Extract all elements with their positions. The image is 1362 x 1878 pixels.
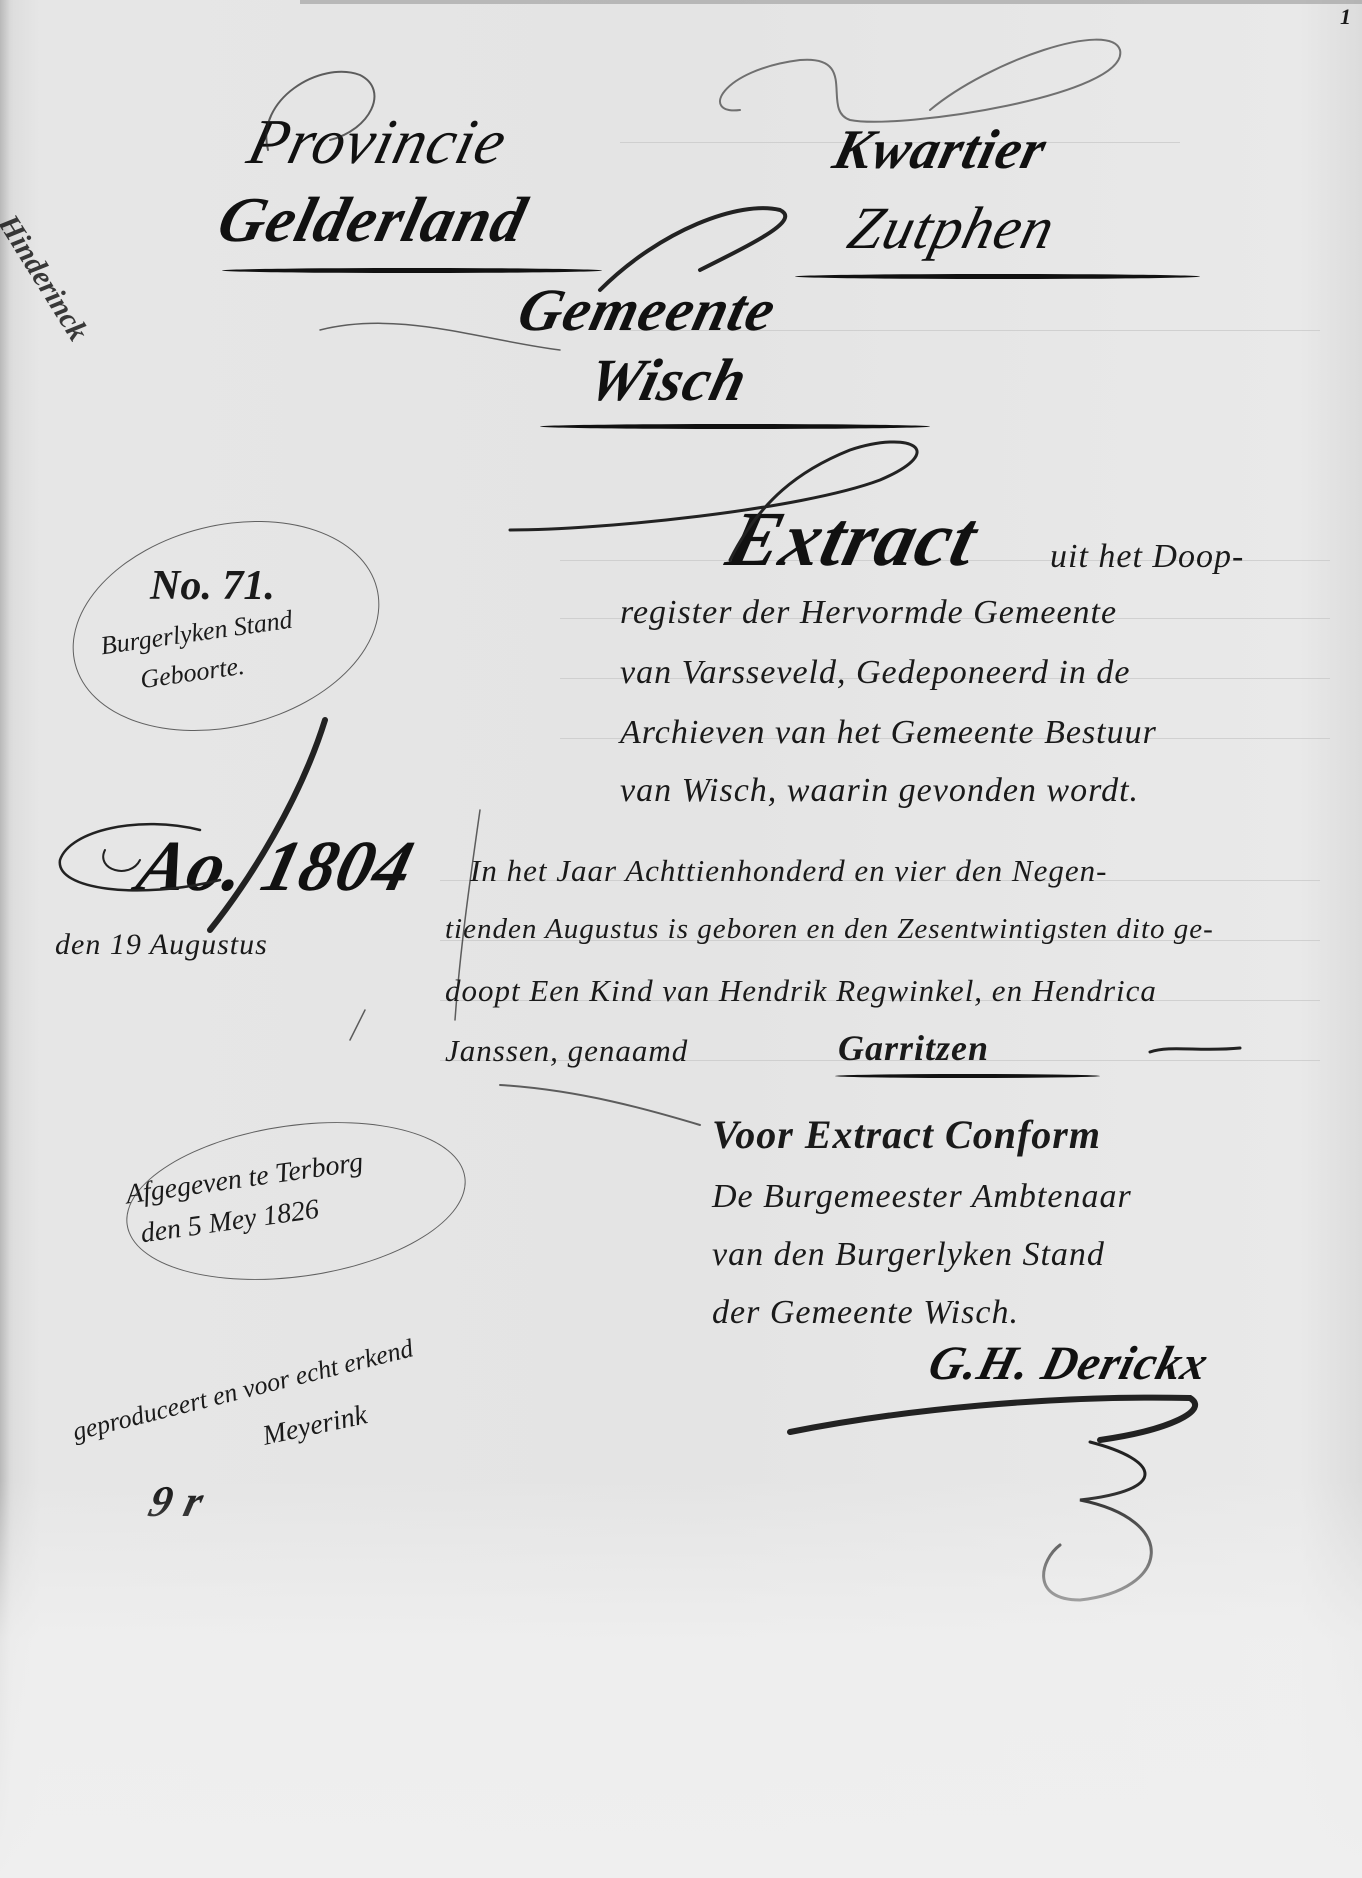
extract-heading: Extract (720, 500, 985, 578)
margin-annotation: Hinderinck (0, 210, 93, 346)
produced-signature: Meyerink (260, 1401, 369, 1450)
official-signature: G.H. Derickx (924, 1340, 1213, 1388)
record-line-1: In het Jaar Achttienhonderd en vier den … (470, 855, 1107, 886)
child-name-underline (835, 1074, 1100, 1078)
certification-line-2: De Burgemeester Ambtenaar (712, 1180, 1132, 1214)
record-line-3: doopt Een Kind van Hendrik Regwinkel, en… (445, 975, 1157, 1006)
certification-line-4: der Gemeente Wisch. (712, 1296, 1019, 1330)
municipality-name: Wisch (583, 350, 754, 410)
page-binding-edge (0, 0, 10, 1878)
page-marker: 1 (1340, 6, 1351, 28)
child-name: Garritzen (838, 1030, 989, 1066)
quarter-label: Kwartier (828, 122, 1052, 178)
title-line-5: van Wisch, waarin gevonden wordt. (620, 774, 1139, 808)
record-line-4: Janssen, genaamd (445, 1035, 688, 1066)
province-name: Gelderland (212, 188, 533, 252)
record-line-2: tienden Augustus is geboren en den Zesen… (445, 915, 1214, 944)
title-line-4: Archieven van het Gemeente Bestuur (620, 716, 1157, 750)
municipality-underline (540, 424, 930, 429)
anno-year: Ao. 1804 (131, 830, 421, 902)
certification-line-1: Voor Extract Conform (712, 1115, 1101, 1155)
registry-number: No. 71. (150, 565, 275, 607)
quarter-name: Zutphen (843, 198, 1062, 258)
title-line-2: register der Hervormde Gemeente (620, 596, 1117, 630)
quarter-underline (795, 274, 1200, 279)
title-line-3: van Varsseveld, Gedeponeerd in de (620, 656, 1130, 690)
page-top-edge (300, 0, 1362, 4)
document-page: 1 Hinderinck Provincie Gelderland Kwarti… (0, 0, 1362, 1878)
province-underline (222, 268, 602, 273)
folio-note: 9 r (145, 1480, 209, 1524)
municipality-label: Gemeente (513, 280, 783, 340)
record-day: den 19 Augustus (55, 930, 268, 960)
province-label: Provincie (242, 110, 513, 174)
title-line-1: uit het Doop- (1050, 540, 1244, 574)
certification-line-3: van den Burgerlyken Stand (712, 1238, 1105, 1272)
